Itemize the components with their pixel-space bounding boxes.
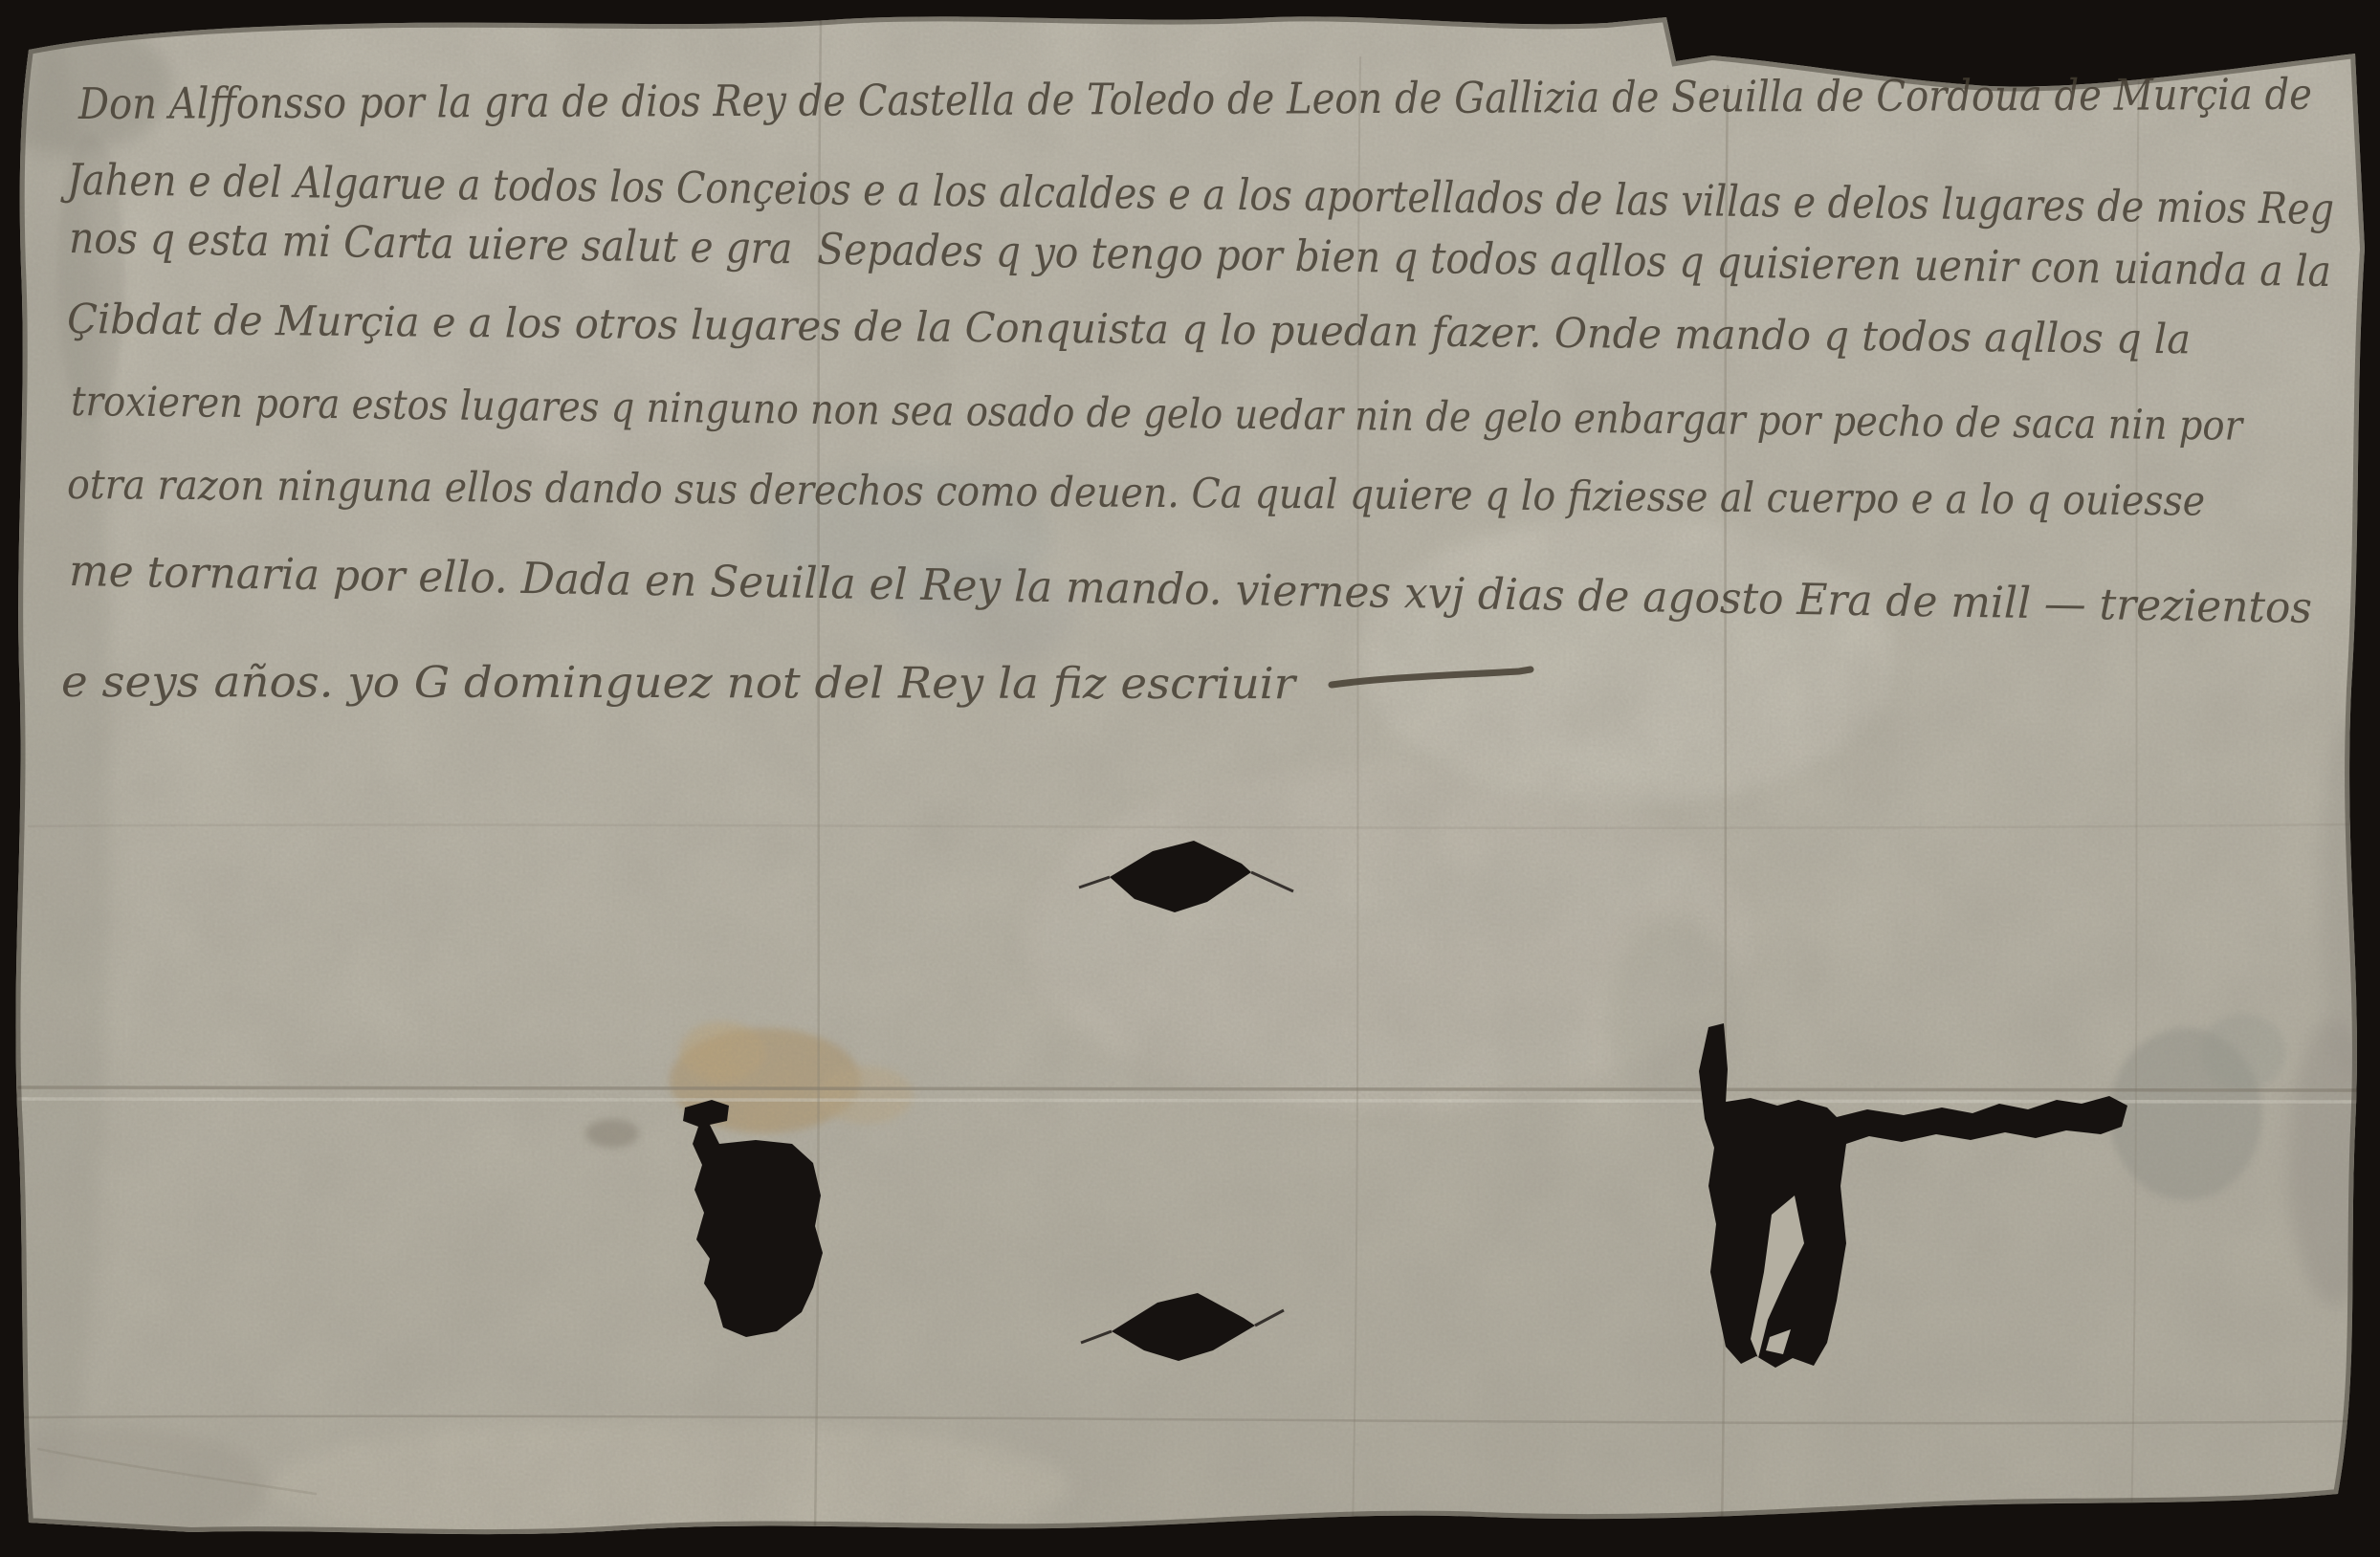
manuscript-line-8: e seys años. yo G dominguez not del Rey … — [61, 656, 1298, 709]
document-scan: Don Alffonsso por la gra de dios Rey de … — [0, 0, 2380, 1557]
manuscript-line-1: Don Alffonsso por la gra de dios Rey de … — [77, 69, 2312, 129]
scanned-parchment-document: Don Alffonsso por la gra de dios Rey de … — [0, 0, 2380, 1557]
